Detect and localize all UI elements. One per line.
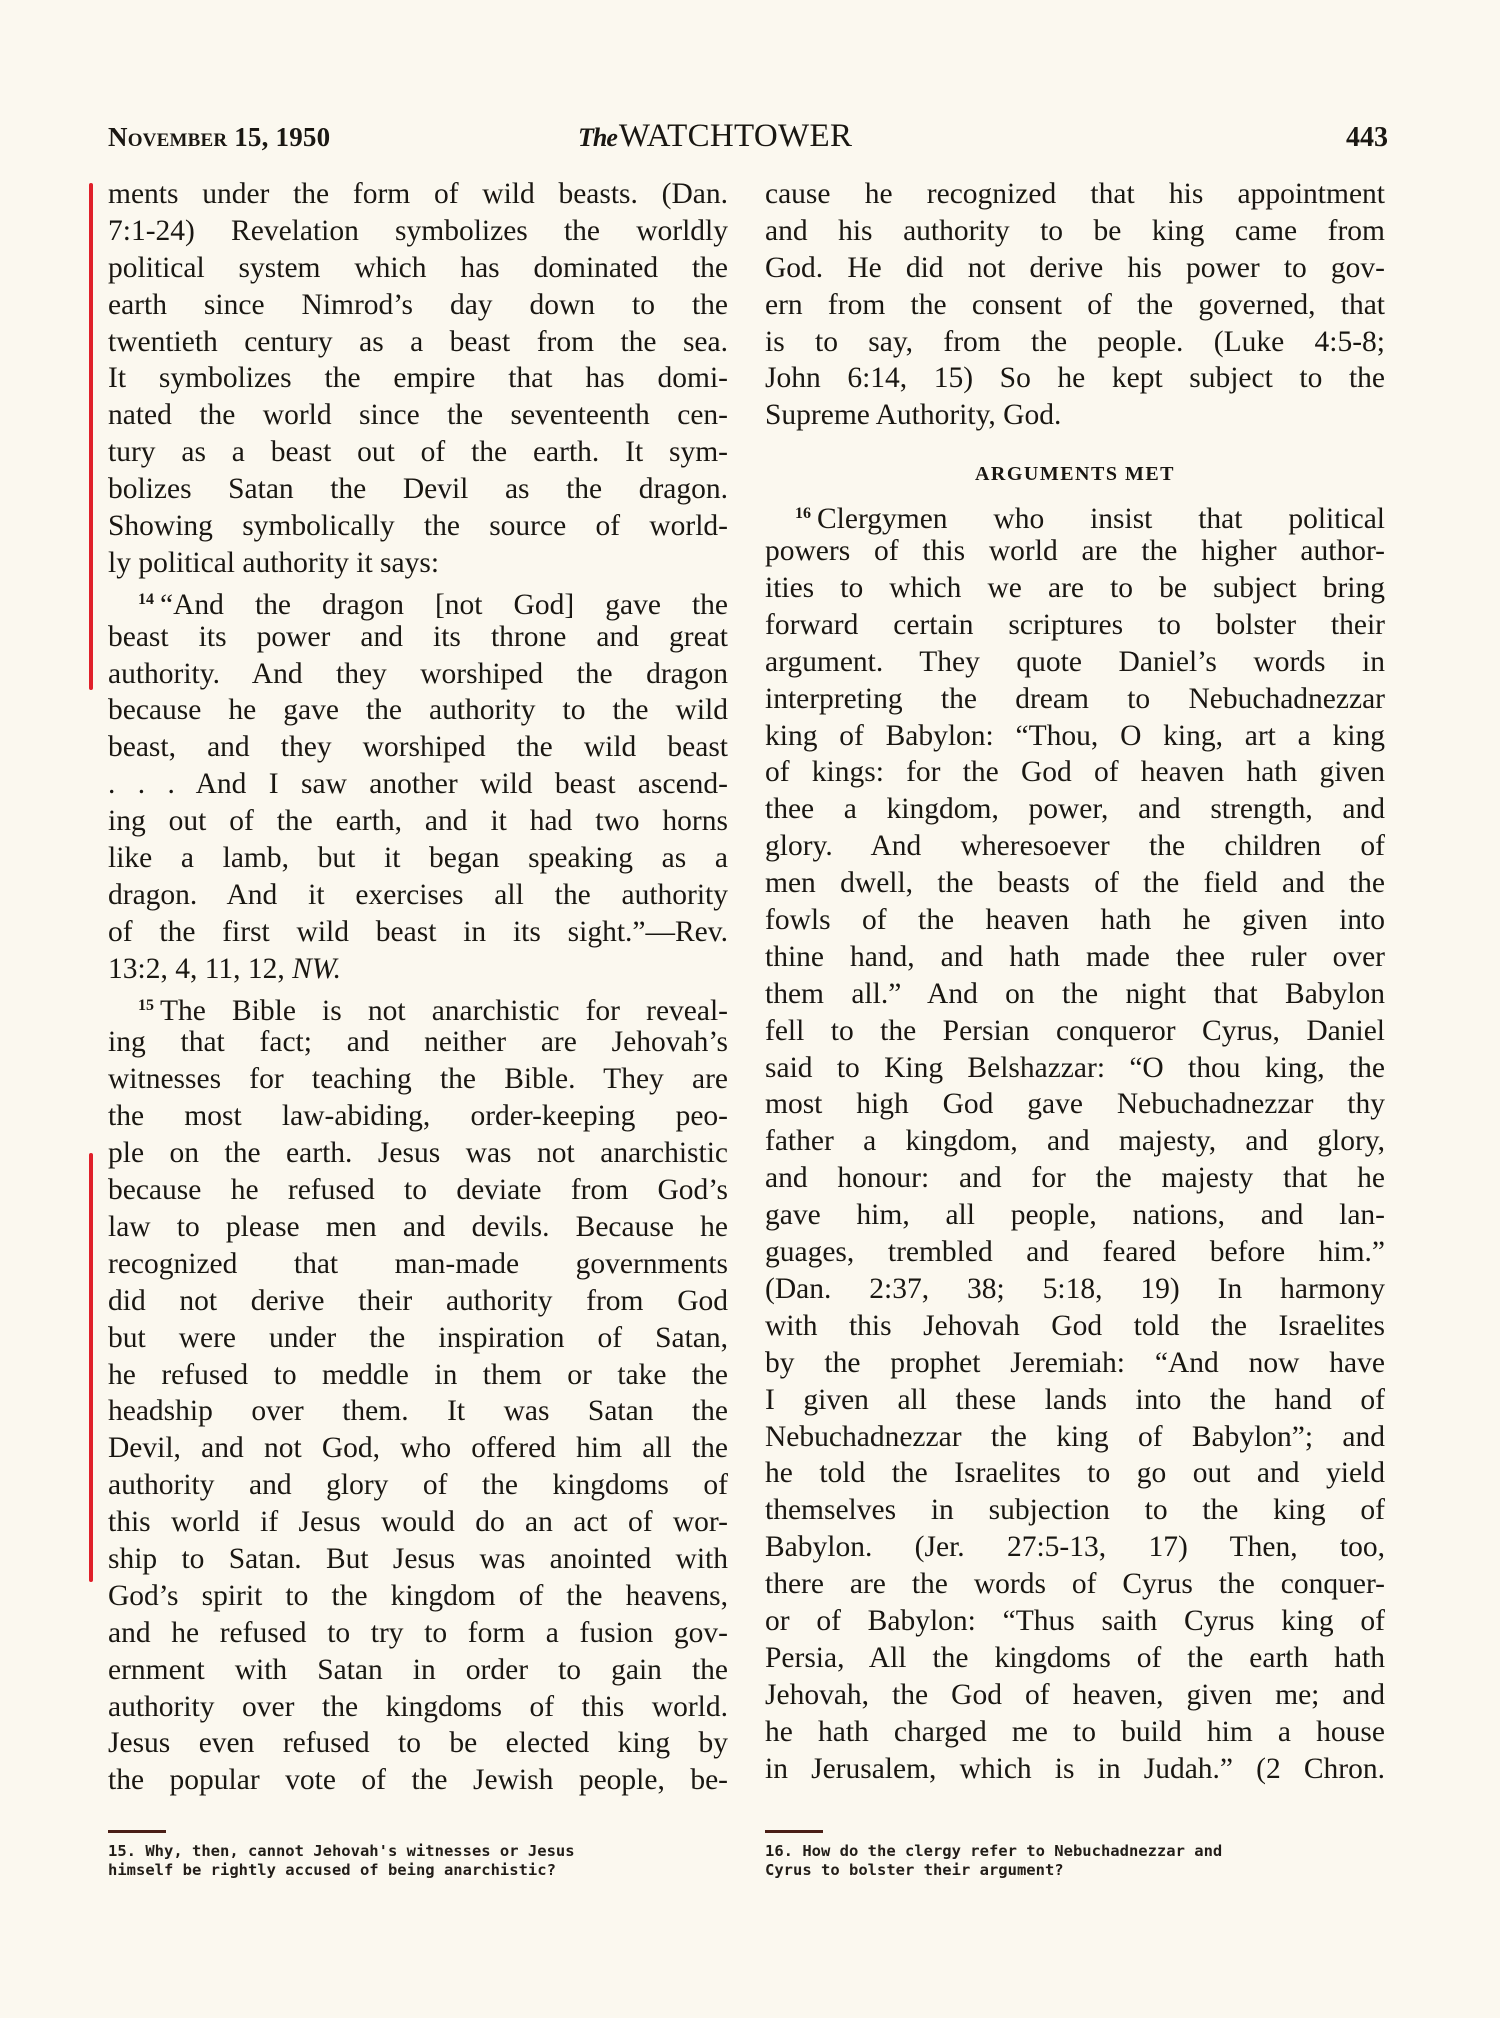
paragraph-number: 15 (138, 997, 154, 1014)
text-line: beast, and they worshiped the wild beast (108, 729, 728, 766)
text-line: 14“And the dragon [not God] gave the (108, 582, 728, 619)
text-line: with this Jehovah God told the Israelite… (765, 1308, 1385, 1345)
text-line: and he refused to try to form a fusion g… (108, 1615, 728, 1652)
text-line: powers of this world are the higher auth… (765, 533, 1385, 570)
text-line: Supreme Authority, God. (765, 397, 1385, 434)
paragraph-13-continuation: ments under the form of wild beasts. (Da… (108, 176, 728, 582)
text-line: themselves in subjection to the king of (765, 1492, 1385, 1529)
text-line: the popular vote of the Jewish people, b… (108, 1762, 728, 1799)
text-line: glory. And wheresoever the children of (765, 828, 1385, 865)
text-line: twentieth century as a beast from the se… (108, 324, 728, 361)
text-line: Babylon. (Jer. 27:5-13, 17) Then, too, (765, 1529, 1385, 1566)
text-line: he hath charged me to build him a house (765, 1714, 1385, 1751)
text-line: father a kingdom, and majesty, and glory… (765, 1123, 1385, 1160)
text-line: Showing symbolically the source of world… (108, 508, 728, 545)
text-line: because he refused to deviate from God’s (108, 1172, 728, 1209)
text-line: ly political authority it says: (108, 545, 728, 582)
text-line: in Jerusalem, which is in Judah.” (2 Chr… (765, 1751, 1385, 1788)
text-line: because he gave the authority to the wil… (108, 692, 728, 729)
left-column: ments under the form of wild beasts. (Da… (108, 176, 728, 1799)
text-line: recognized that man-made governments (108, 1246, 728, 1283)
magazine-title: TheWATCHTOWER (578, 118, 852, 155)
magazine-title-main: WATCHTOWER (619, 118, 852, 154)
right-column: cause he recognized that his appointment… (765, 176, 1385, 1787)
study-question-15: 15. Why, then, cannot Jehovah's witnesse… (108, 1842, 728, 1880)
text-line: God’s spirit to the kingdom of the heave… (108, 1578, 728, 1615)
margin-marker-1 (89, 183, 93, 690)
translation-citation: NW. (292, 953, 341, 985)
text-line: most high God gave Nebuchadnezzar thy (765, 1086, 1385, 1123)
footnote-divider-left (108, 1830, 166, 1833)
issue-date: November 15, 1950 (108, 122, 330, 153)
text-line: this world if Jesus would do an act of w… (108, 1504, 728, 1541)
text-line: them all.” And on the night that Babylon (765, 976, 1385, 1013)
text-line: by the prophet Jeremiah: “And now have (765, 1345, 1385, 1382)
text-line: 15The Bible is not anarchistic for revea… (108, 988, 728, 1025)
margin-marker-2 (89, 1153, 93, 1582)
text-line: dragon. And it exercises all the authori… (108, 877, 728, 914)
text-line: forward certain scriptures to bolster th… (765, 607, 1385, 644)
text-line: John 6:14, 15) So he kept subject to the (765, 360, 1385, 397)
text-line: of the first wild beast in its sight.”—R… (108, 914, 728, 951)
text-line: God. He did not derive his power to gov- (765, 250, 1385, 287)
text-line: headship over them. It was Satan the (108, 1393, 728, 1430)
text-line: law to please men and devils. Because he (108, 1209, 728, 1246)
text-line: ship to Satan. But Jesus was anointed wi… (108, 1541, 728, 1578)
text-line: It symbolizes the empire that has domi- (108, 360, 728, 397)
text-line: argument. They quote Daniel’s words in (765, 644, 1385, 681)
text-line: he told the Israelites to go out and yie… (765, 1455, 1385, 1492)
paragraph-16: 16Clergymen who insist that political po… (765, 496, 1385, 1787)
text-line: 13:2, 4, 11, 12, NW. (108, 951, 728, 988)
text-line: or of Babylon: “Thus saith Cyrus king of (765, 1603, 1385, 1640)
text-line: I given all these lands into the hand of (765, 1382, 1385, 1419)
text-line: . . . And I saw another wild beast ascen… (108, 766, 728, 803)
text-line: ernment with Satan in order to gain the (108, 1652, 728, 1689)
text-line: Persia, All the kingdoms of the earth ha… (765, 1640, 1385, 1677)
text-line: king of Babylon: “Thou, O king, art a ki… (765, 718, 1385, 755)
text-line: (Dan. 2:37, 38; 5:18, 19) In harmony (765, 1271, 1385, 1308)
text-line: Jesus even refused to be elected king by (108, 1725, 728, 1762)
text-line: gave him, all people, nations, and lan- (765, 1197, 1385, 1234)
text-line: and his authority to be king came from (765, 213, 1385, 250)
text-line: there are the words of Cyrus the conquer… (765, 1566, 1385, 1603)
text-line: thine hand, and hath made thee ruler ove… (765, 939, 1385, 976)
text-line: said to King Belshazzar: “O thou king, t… (765, 1050, 1385, 1087)
text-line: fell to the Persian conqueror Cyrus, Dan… (765, 1013, 1385, 1050)
page-header: November 15, 1950 TheWATCHTOWER 443 (108, 118, 1388, 158)
text-line: ple on the earth. Jesus was not anarchis… (108, 1135, 728, 1172)
text-line: men dwell, the beasts of the field and t… (765, 865, 1385, 902)
section-heading: ARGUMENTS MET (765, 456, 1385, 492)
text-line: ern from the consent of the governed, th… (765, 287, 1385, 324)
text-line: of kings: for the God of heaven hath giv… (765, 754, 1385, 791)
study-question-16: 16. How do the clergy refer to Nebuchadn… (765, 1842, 1385, 1880)
paragraph-number: 14 (138, 591, 154, 608)
text-line: ments under the form of wild beasts. (Da… (108, 176, 728, 213)
text-line: the most law-abiding, order-keeping peo- (108, 1098, 728, 1135)
text-line: political system which has dominated the (108, 250, 728, 287)
text-line: ities to which we are to be subject brin… (765, 570, 1385, 607)
paragraph-15-continuation: cause he recognized that his appointment… (765, 176, 1385, 434)
text-line: fowls of the heaven hath he given into (765, 902, 1385, 939)
text-line: ing that fact; and neither are Jehovah’s (108, 1024, 728, 1061)
paragraph-number: 16 (795, 505, 811, 522)
text-line: beast its power and its throne and great (108, 619, 728, 656)
text-line: 16Clergymen who insist that political (765, 496, 1385, 533)
text-line: authority. And they worshiped the dragon (108, 656, 728, 693)
page-number: 443 (1346, 122, 1388, 154)
text-line: like a lamb, but it began speaking as a (108, 840, 728, 877)
text-line: bolizes Satan the Devil as the dragon. (108, 471, 728, 508)
text-line: 7:1-24) Revelation symbolizes the worldl… (108, 213, 728, 250)
text-line: thee a kingdom, power, and strength, and (765, 791, 1385, 828)
text-line: authority over the kingdoms of this worl… (108, 1689, 728, 1726)
text-line: guages, trembled and feared before him.” (765, 1234, 1385, 1271)
text-line: and honour: and for the majesty that he (765, 1160, 1385, 1197)
magazine-title-prefix: The (578, 123, 617, 152)
text-line: authority and glory of the kingdoms of (108, 1467, 728, 1504)
text-line: cause he recognized that his appointment (765, 176, 1385, 213)
text-line: earth since Nimrod’s day down to the (108, 287, 728, 324)
text-line: Nebuchadnezzar the king of Babylon”; and (765, 1419, 1385, 1456)
text-line: Jehovah, the God of heaven, given me; an… (765, 1677, 1385, 1714)
text-line: he refused to meddle in them or take the (108, 1357, 728, 1394)
text-line: did not derive their authority from God (108, 1283, 728, 1320)
text-line: nated the world since the seventeenth ce… (108, 397, 728, 434)
footnote-divider-right (765, 1830, 823, 1833)
paragraph-15: 15The Bible is not anarchistic for revea… (108, 988, 728, 1800)
text-line: witnesses for teaching the Bible. They a… (108, 1061, 728, 1098)
text-line: ing out of the earth, and it had two hor… (108, 803, 728, 840)
text-line: is to say, from the people. (Luke 4:5-8; (765, 324, 1385, 361)
text-line: tury as a beast out of the earth. It sym… (108, 434, 728, 471)
text-line: interpreting the dream to Nebuchadnezzar (765, 681, 1385, 718)
text-line: but were under the inspiration of Satan, (108, 1320, 728, 1357)
text-line: Devil, and not God, who offered him all … (108, 1430, 728, 1467)
paragraph-14: 14“And the dragon [not God] gave the bea… (108, 582, 728, 988)
